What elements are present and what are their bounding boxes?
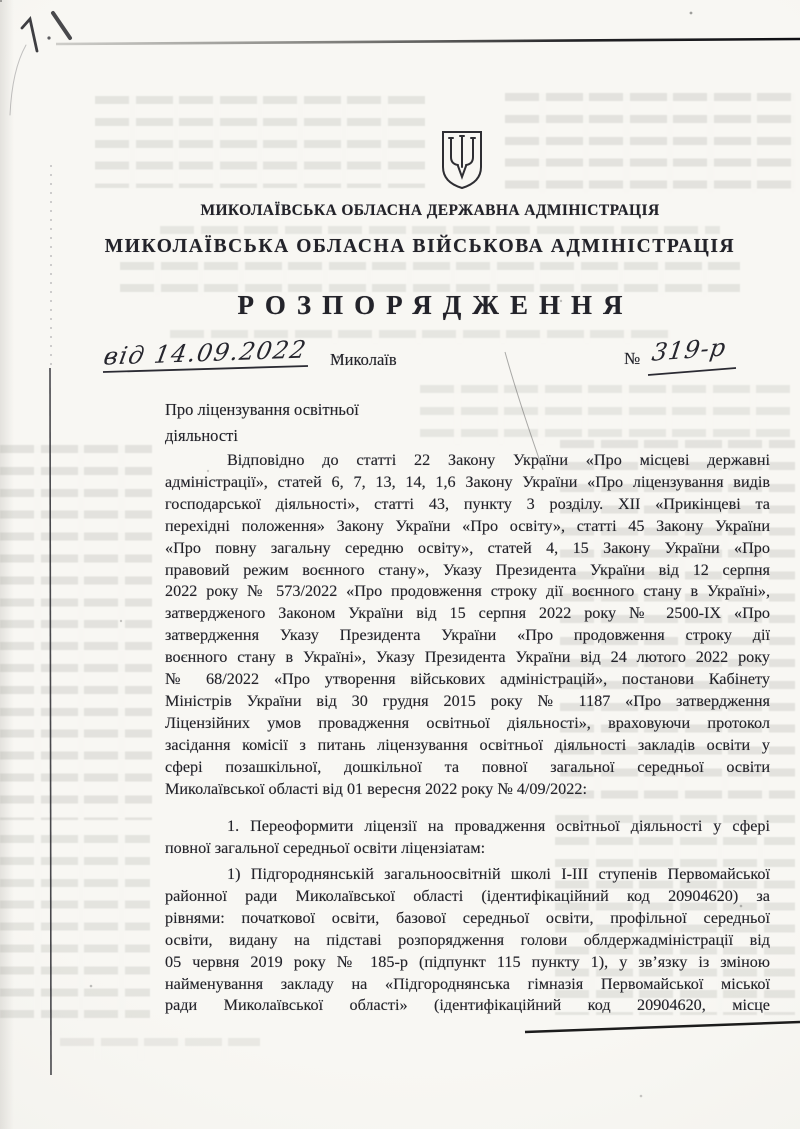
bleedthrough-ghost-text — [0, 835, 150, 1020]
top-fold-line — [56, 39, 800, 44]
text-line: Міністрів України від 30 грудня 2015 рок… — [165, 691, 770, 713]
text-line: адміністрації», статей 6, 7, 13, 14, 1,6… — [165, 472, 770, 494]
ukraine-trident-coat-of-arms-icon — [439, 129, 485, 191]
text-line: рівнями: початкової освіти, базової сере… — [165, 908, 770, 930]
text-line: Миколаївської області від 01 вересня 202… — [165, 779, 770, 801]
subject-block: Про ліцензування освітньоїдіяльності — [165, 397, 445, 449]
text-line: «Про повну загальну середню освіту», ста… — [165, 538, 770, 560]
text-line: районної ради Миколаївської області (іде… — [165, 886, 770, 908]
item-1-paragraph: 1. Переоформити ліцензії на провадження … — [165, 816, 770, 860]
text-line: затвердження Указу Президента України «П… — [165, 625, 770, 647]
text-line: Про ліцензування освітньої — [165, 397, 445, 423]
handwritten-document-number: 319-р — [650, 333, 728, 367]
text-line: освіти, видану на підставі розпорядження… — [165, 930, 770, 952]
text-line: 1) Підгороднянській загальноосвітній шко… — [165, 864, 770, 886]
subitem-1-paragraph: 1) Підгороднянській загальноосвітній шко… — [165, 864, 770, 1017]
text-line: 2022 року № 573/2022 «Про продовження ст… — [165, 581, 770, 603]
text-line: перехідні положення» Закону України «Про… — [165, 516, 770, 538]
text-line: сфері позашкільної, дошкільної та повної… — [165, 757, 770, 779]
text-line: діяльності — [165, 423, 445, 449]
number-sign: № — [624, 349, 640, 369]
text-line: правовий режим воєнного стану», Указу Пр… — [165, 560, 770, 582]
text-line: найменування закладу на «Підгороднянська… — [165, 974, 770, 996]
intro-paragraph: Відповідно до статті 22 Закону України «… — [165, 450, 770, 801]
city-label: Миколаїв — [330, 350, 397, 370]
text-line: ради Миколаївської області» (ідентифікац… — [165, 995, 770, 1017]
handwritten-date: від 14.09.2022 — [102, 335, 310, 370]
text-line: повної загальної середньої освіти ліценз… — [165, 838, 770, 860]
text-line: воєнного стану в Україні», Указу Президе… — [165, 647, 770, 669]
bleedthrough-ghost-text — [95, 96, 425, 188]
document-type-title: РОЗПОРЯДЖЕННЯ — [70, 290, 790, 321]
organization-name-line2: МИКОЛАЇВСЬКА ОБЛАСНА ВІЙСЬКОВА АДМІНІСТР… — [40, 236, 800, 258]
scanned-document-page: МИКОЛАЇВСЬКА ОБЛАСНА ДЕРЖАВНА АДМІНІСТРА… — [0, 0, 800, 1129]
bottom-fold-line — [525, 1022, 800, 1032]
text-line: 1. Переоформити ліцензії на провадження … — [165, 816, 770, 838]
text-line: Відповідно до статті 22 Закону України «… — [165, 450, 770, 472]
text-line: 05 червня 2019 року № 185-р (підпункт 11… — [165, 952, 770, 974]
pen-checkmark — [10, 13, 70, 115]
text-line: засідання комісії з питань ліцензування … — [165, 735, 770, 757]
text-line: господарської діяльності», статті 43, пу… — [165, 494, 770, 516]
organization-name-line1: МИКОЛАЇВСЬКА ОБЛАСНА ДЕРЖАВНА АДМІНІСТРА… — [70, 202, 790, 220]
bleedthrough-ghost-text — [505, 93, 795, 193]
scan-noise-specks — [0, 0, 2, 2]
bleedthrough-ghost-text — [60, 1038, 260, 1060]
bleedthrough-ghost-text — [420, 385, 790, 445]
number-underline — [648, 368, 736, 375]
text-line: затвердженого Законом України від 15 сер… — [165, 603, 770, 625]
text-line: Ліцензійних умов провадження освітньої д… — [165, 713, 770, 735]
bleedthrough-ghost-text — [0, 445, 152, 820]
text-line: № 68/2022 «Про утворення військових адмі… — [165, 669, 770, 691]
